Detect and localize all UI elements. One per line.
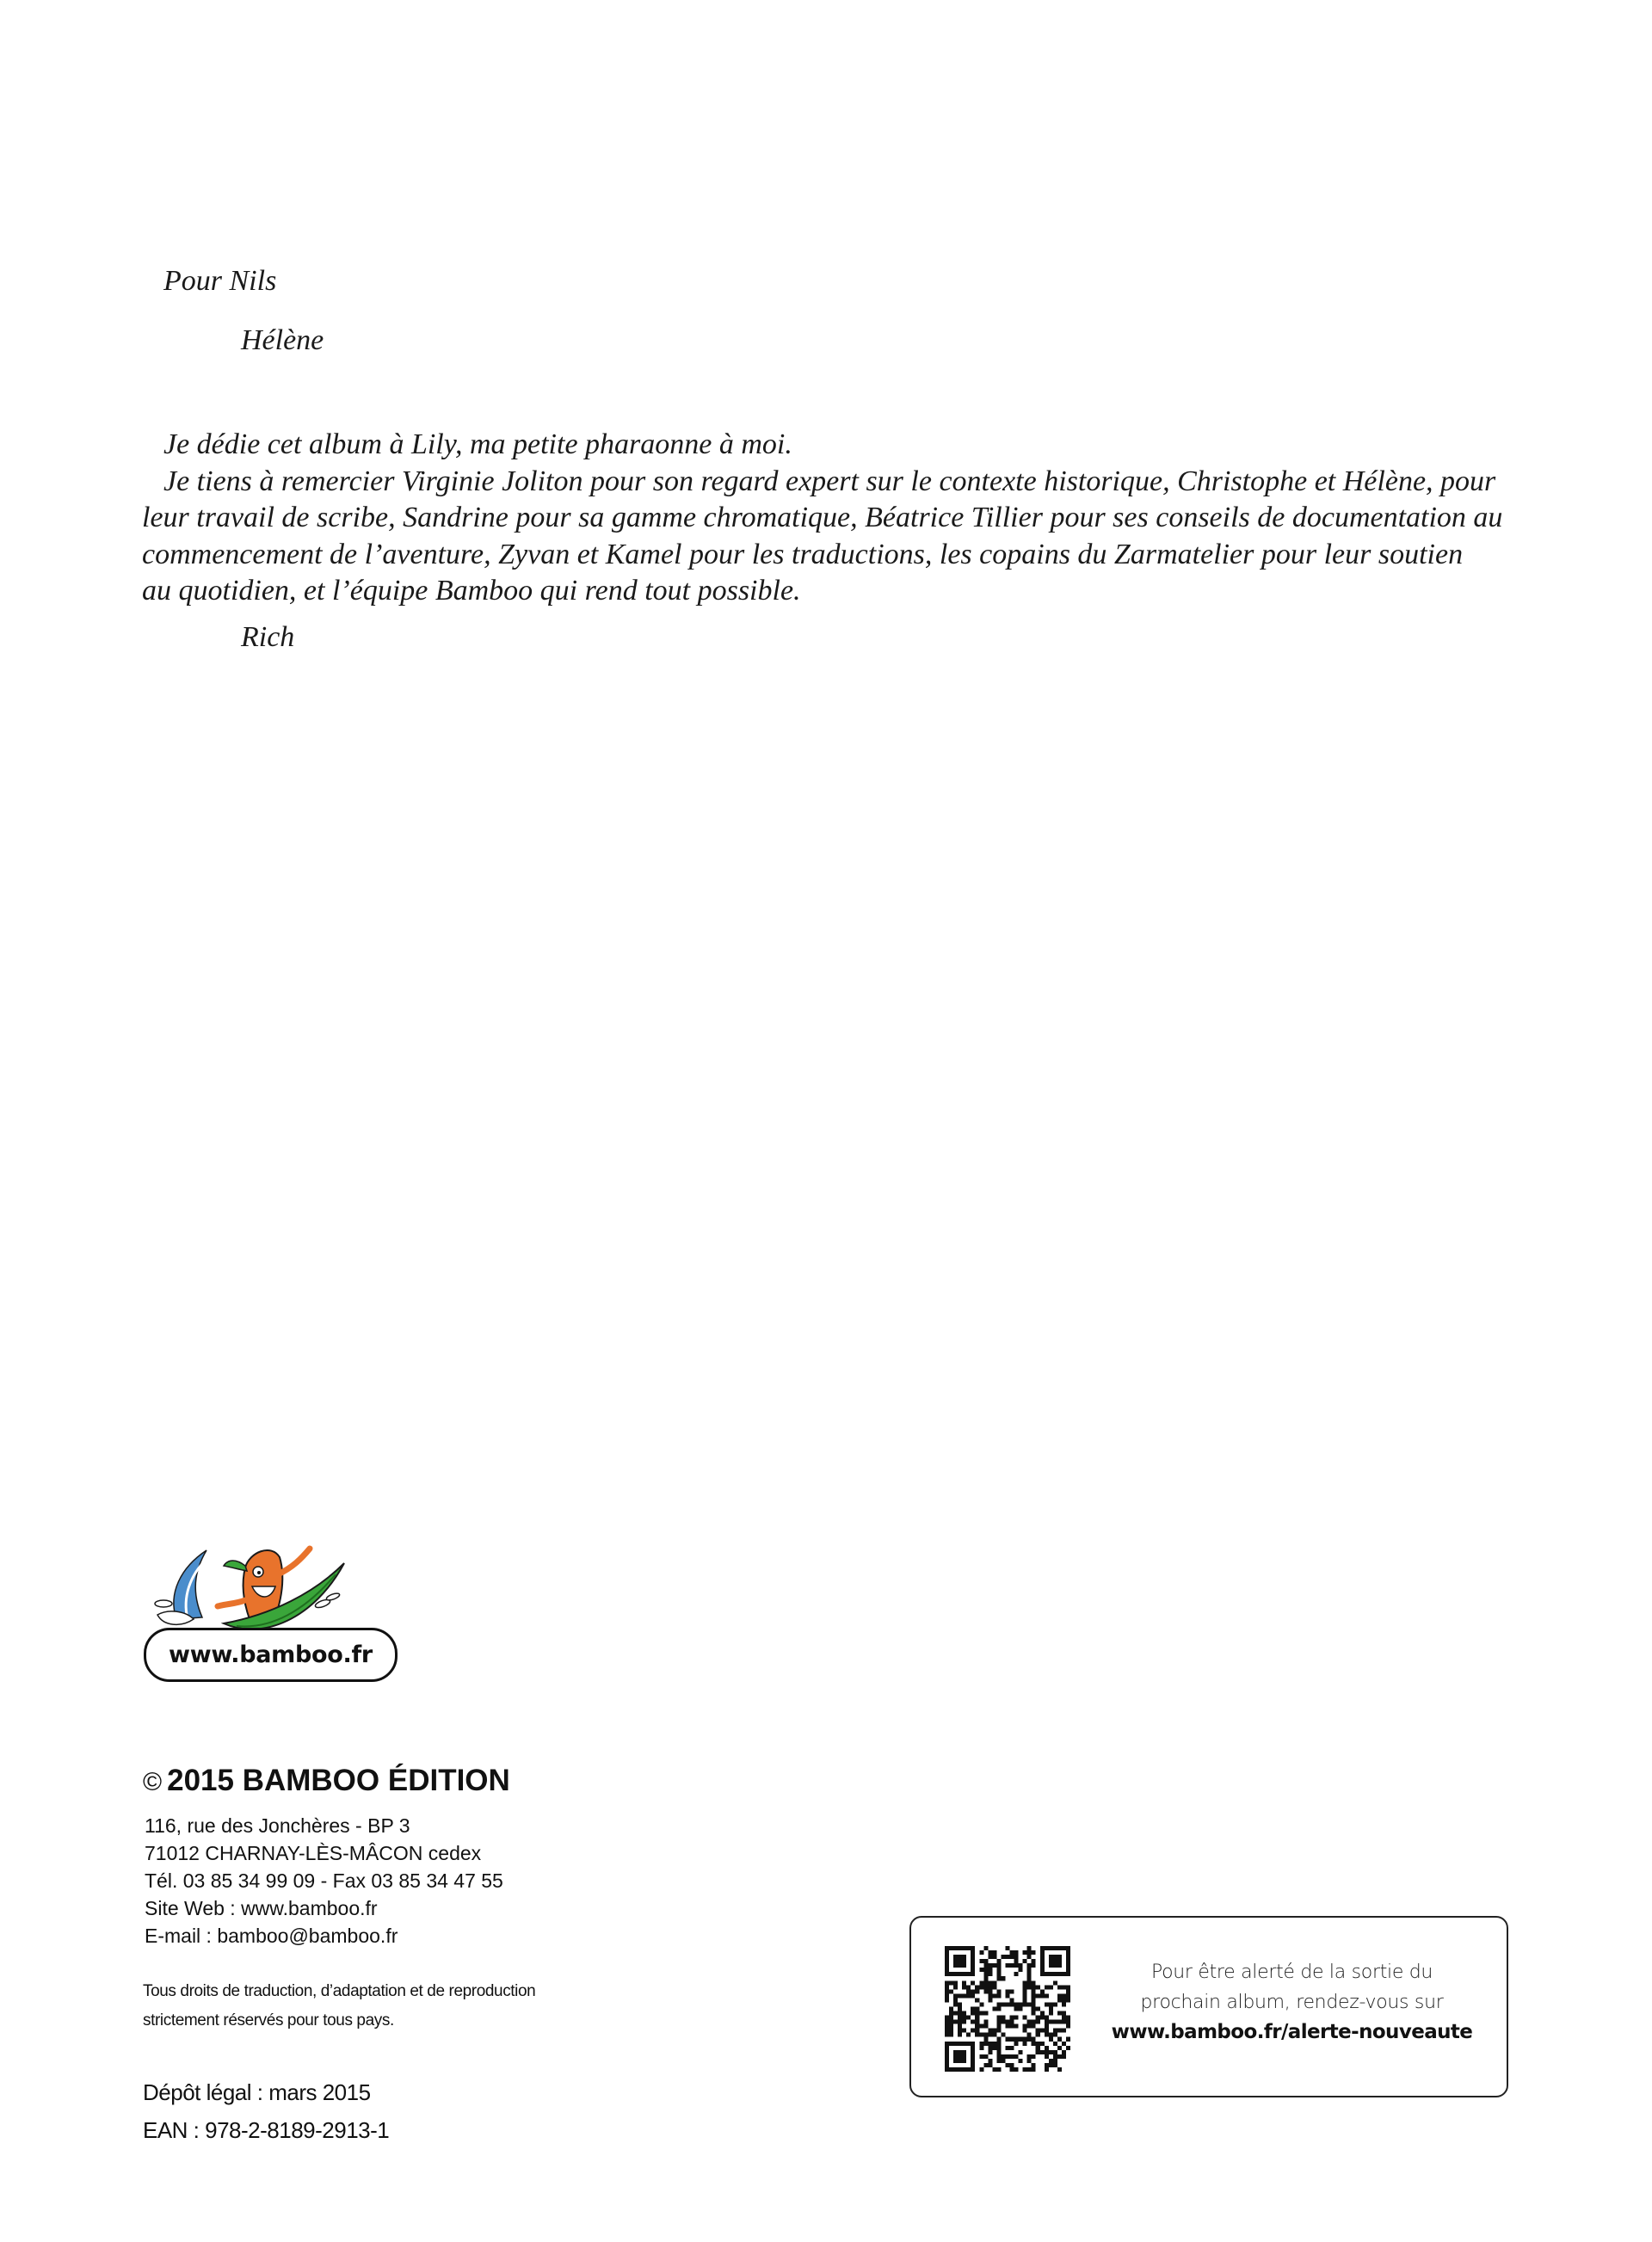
alert-text: Pour être alerté de la sortie du prochai… — [1092, 1957, 1492, 2048]
dedication-line: Je dédie cet album à Lily, ma petite pha… — [142, 427, 1381, 464]
alert-line: prochain album, rendez-vous sur — [1092, 1987, 1492, 2017]
dedication-paragraph: Je dédie cet album à Lily, ma petite pha… — [142, 427, 1381, 610]
signature-helene: Hélène — [241, 324, 324, 357]
website-line: Site Web : www.bamboo.fr — [145, 1894, 503, 1922]
copyright-title-text: 2015 BAMBOO ÉDITION — [167, 1764, 510, 1797]
bamboo-website-link[interactable]: www.bamboo.fr — [144, 1628, 398, 1682]
rights-line: Tous droits de traduction, d’adaptation … — [143, 1977, 535, 2006]
phone-fax-line: Tél. 03 85 34 99 09 - Fax 03 85 34 47 55 — [145, 1867, 503, 1894]
new-release-alert-box: Pour être alerté de la sortie du prochai… — [909, 1916, 1508, 2097]
alert-url-link[interactable]: www.bamboo.fr/alerte-nouveaute — [1092, 2017, 1492, 2048]
address-line: 116, rue des Jonchères - BP 3 — [145, 1812, 503, 1839]
qr-code-icon[interactable] — [945, 1946, 1070, 2072]
legal-deposit: Dépôt légal : mars 2015 — [143, 2073, 389, 2111]
email-line: E-mail : bamboo@bamboo.fr — [145, 1922, 503, 1949]
dedication-line: Je tiens à remercier Virginie Joliton po… — [142, 464, 1381, 501]
signature-rich: Rich — [241, 621, 294, 654]
ean-code: EAN : 978-2-8189-2913-1 — [143, 2111, 389, 2149]
rights-notice: Tous droits de traduction, d’adaptation … — [143, 1977, 535, 2036]
dedication-line: au quotidien, et l’équipe Bamboo qui ren… — [142, 573, 1381, 610]
address-line: 71012 CHARNAY-LÈS-MÂCON cedex — [145, 1839, 503, 1867]
rights-line: strictement réservés pour tous pays. — [143, 2006, 535, 2036]
dedication-line: leur travail de scribe, Sandrine pour sa… — [142, 500, 1381, 537]
dedication-line: commencement de l’aventure, Zyvan et Kam… — [142, 537, 1381, 574]
copyright-heading: ©2015 BAMBOO ÉDITION — [143, 1764, 510, 1798]
alert-line: Pour être alerté de la sortie du — [1092, 1957, 1492, 1987]
publisher-address: 116, rue des Jonchères - BP 3 71012 CHAR… — [145, 1812, 503, 1949]
legal-info: Dépôt légal : mars 2015 EAN : 978-2-8189… — [143, 2073, 389, 2149]
copyright-icon: © — [143, 1768, 162, 1796]
dedication-pour-nils: Pour Nils — [163, 265, 276, 298]
bamboo-logo[interactable]: www.bamboo.fr — [142, 1533, 400, 1685]
